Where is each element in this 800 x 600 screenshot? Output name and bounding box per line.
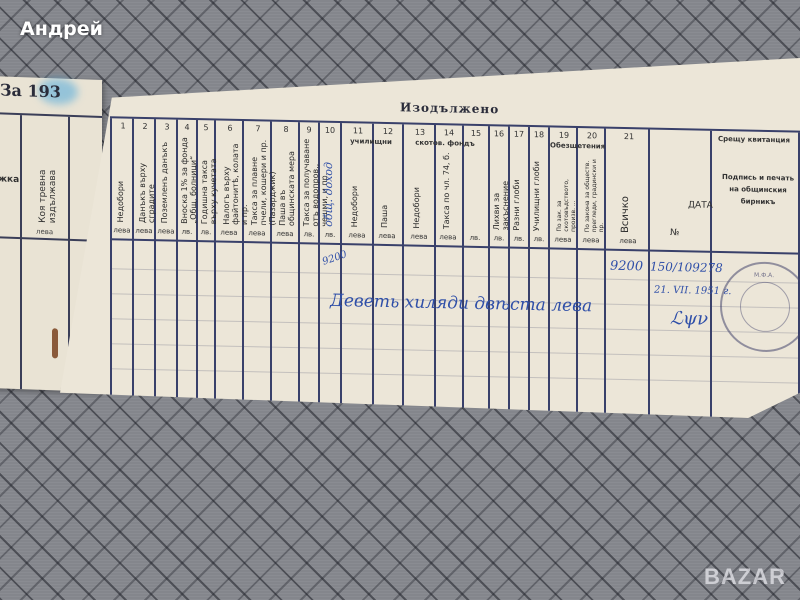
receipt-date-label: ДАТА	[688, 200, 713, 211]
handwritten-amount-words: Деветь хиляди двѣста лева	[330, 291, 592, 316]
column-line	[372, 124, 374, 414]
right-page: година Изодължено	[60, 58, 800, 418]
column-line	[710, 131, 712, 421]
column-number: 13	[406, 127, 434, 137]
site-logo-watermark: BAZAR	[704, 564, 786, 590]
column-unit: лева	[372, 232, 402, 241]
column-header: Вноска 1% за фонда „Общ. болници“	[180, 136, 198, 224]
receipt-number-sign: №	[670, 228, 679, 238]
column-number: 5	[198, 123, 214, 132]
binding-staple	[52, 328, 58, 358]
group-header-schools: училищни	[342, 137, 400, 146]
column-unit: лв.	[530, 235, 548, 243]
column-header: Налогъ върху файтонитѣ, колата и пр.	[222, 137, 249, 226]
column-line	[648, 129, 650, 419]
column-line	[528, 127, 530, 417]
stamp-inner-ring	[740, 281, 790, 332]
column-line	[176, 120, 178, 410]
stamp-text: М.Ф.А.	[754, 272, 774, 279]
column-line	[402, 124, 404, 414]
column-number: 6	[218, 123, 242, 133]
section-title: Изодължено	[400, 100, 499, 116]
column-number: 14	[436, 128, 462, 138]
column-number: 7	[246, 124, 270, 134]
seller-watermark: Андрей	[20, 18, 103, 40]
column-header: Такса по чл. 74, б.	[442, 151, 451, 229]
column-line	[548, 127, 550, 417]
column-header: Училищни глоби	[532, 143, 541, 231]
column-number: 12	[374, 127, 402, 137]
column-header: Лихви за закъснение	[492, 142, 510, 230]
column-unit: лв.	[198, 228, 214, 236]
column-header: Паша въ общинската мера	[278, 138, 296, 226]
form-sheet: година Изодължено	[100, 76, 800, 421]
column-unit: лв.	[510, 235, 528, 243]
handwritten-date: 21. VII. 1951 г.	[654, 285, 731, 298]
column-unit: лв.	[320, 231, 340, 239]
column-header: Разни глоби	[512, 143, 521, 231]
column-number: 9	[300, 125, 318, 134]
column-line	[340, 123, 342, 413]
column-line	[132, 119, 134, 409]
column-line	[110, 118, 112, 408]
column-header: Паша	[380, 150, 389, 228]
column-unit: лева	[216, 228, 242, 237]
column-number: 16	[490, 129, 508, 138]
column-unit: лв.	[462, 234, 488, 243]
handwritten-col10-value: 9200	[321, 249, 349, 268]
column-unit: лева	[244, 229, 270, 238]
column-header: Такса за плавне пчели, кошери и пр. (Паз…	[250, 137, 277, 226]
column-unit: лева	[578, 236, 604, 245]
column-line	[298, 122, 300, 412]
left-page-unit: лева	[36, 228, 53, 237]
column-line	[488, 126, 490, 416]
column-number: 10	[320, 126, 340, 135]
column-number: 15	[464, 129, 488, 139]
column-unit: лева	[608, 237, 648, 246]
column-header: По зак. за скотовъдството, произв. ...	[556, 154, 577, 232]
column-header-handwritten: общ. доход	[322, 139, 335, 227]
group-header-livestock: скотов. фондъ	[404, 138, 486, 148]
column-header: Недобори	[412, 151, 421, 229]
column-unit: лева	[272, 230, 298, 239]
tax-table: 1 Недобори лева 2 Данъкъ върху сградите …	[110, 116, 800, 422]
column-unit: лева	[112, 226, 132, 234]
column-number: 11	[344, 126, 372, 136]
handwritten-total: 9200	[610, 259, 643, 275]
left-page-column-line	[20, 115, 22, 389]
column-unit: лева	[434, 233, 462, 242]
column-number: 2	[136, 122, 154, 131]
column-unit: лева	[134, 227, 154, 235]
column-unit: лева	[156, 227, 176, 235]
left-page-top-rule	[0, 112, 102, 118]
column-header: Данъкъ върху сградите	[138, 135, 156, 223]
group-header-obligations: Обезщетения	[550, 141, 604, 150]
column-header: Недобори	[116, 134, 125, 222]
column-header: Поземленъ данъкъ	[160, 135, 169, 223]
column-unit: лева	[550, 235, 576, 244]
column-unit: лева	[404, 232, 434, 241]
column-number: 4	[178, 123, 196, 132]
left-page-partial-label: ажка	[0, 174, 19, 185]
column-line	[434, 125, 436, 415]
handwritten-receipt-number: 150/109278	[650, 260, 723, 276]
receipt-header: Срещу квитанция	[712, 135, 796, 145]
column-number: 1	[114, 121, 132, 130]
column-number: 19	[552, 130, 576, 140]
column-number: 18	[530, 130, 548, 139]
official-stamp: М.Ф.А.	[720, 261, 800, 353]
signature-scrawl: ℒψν	[670, 308, 708, 330]
column-line	[462, 126, 464, 416]
column-header: Годишна такса върху кучетата	[200, 136, 218, 224]
column-header: Недобори	[350, 149, 359, 227]
left-page-header: За 193	[0, 80, 61, 101]
column-number: 3	[158, 122, 176, 131]
column-number: 20	[580, 131, 604, 141]
column-header: Всичко	[620, 145, 631, 233]
column-number: 21	[610, 132, 648, 142]
left-page-column-label: Коя тревна издължава	[38, 123, 58, 224]
column-header: По закона за обществ. прегледи, градинск…	[584, 154, 605, 232]
column-number: 8	[274, 125, 298, 135]
column-unit: лв.	[178, 228, 196, 236]
signature-header: Подпись и печать на общинския бирникъ	[722, 171, 794, 209]
column-unit: лева	[342, 231, 372, 240]
column-unit: лв.	[490, 234, 508, 242]
column-unit: лв.	[300, 230, 318, 238]
column-number: 17	[510, 130, 528, 139]
